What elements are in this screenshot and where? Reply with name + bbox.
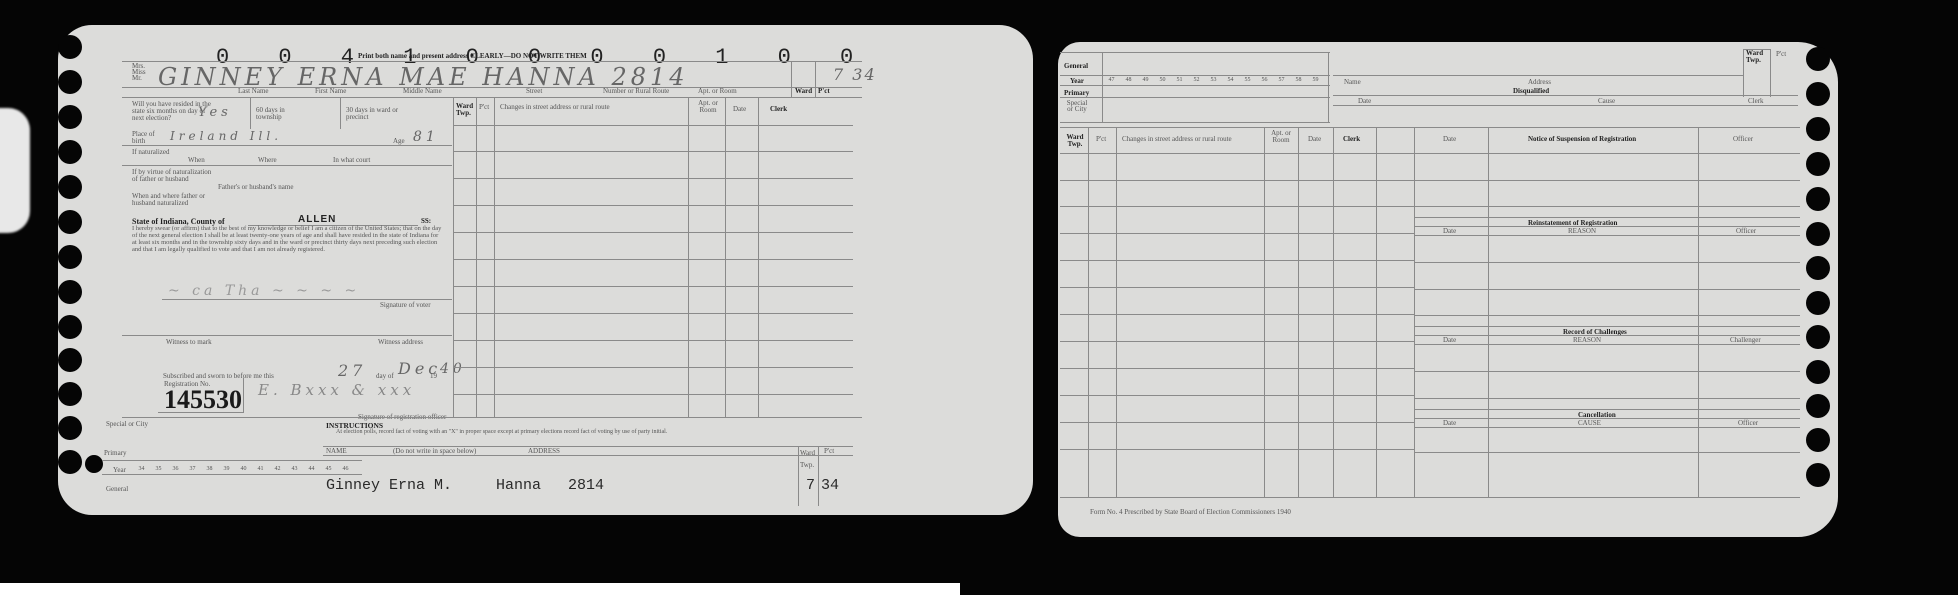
pct-label: P'ct: [818, 87, 830, 95]
disqualified-cause-label: Cause: [1598, 97, 1615, 105]
cancellation-cause-label: CAUSE: [1578, 419, 1601, 427]
registration-number: 145530: [164, 385, 242, 415]
registration-card-back: General Year Primary Special or City 47 …: [1058, 42, 1838, 537]
township-question: 60 days in township: [256, 107, 306, 121]
punch-hole: [58, 450, 82, 474]
challenges-reason-label: REASON: [1573, 336, 1601, 344]
typed-name: Ginney Erna M.: [326, 477, 452, 494]
reinstatement-officer-label: Officer: [1736, 227, 1756, 235]
suspension-date-label: Date: [1443, 135, 1456, 143]
year-label: 19: [430, 372, 437, 380]
back-name-label: Name: [1344, 78, 1361, 86]
punch-hole: [58, 140, 82, 164]
back-row-label-year: Year: [1070, 77, 1084, 85]
witness-label: Witness to mark: [166, 338, 212, 346]
footer-pct-label: P'ct: [824, 447, 834, 455]
naturalized-label: If naturalized: [132, 149, 172, 156]
middle-name-label: Middle Name: [403, 87, 442, 95]
punch-hole: [58, 70, 82, 94]
age-label: Age: [393, 137, 405, 145]
instructions-text: At election polls, record fact of voting…: [336, 429, 746, 436]
typed-pct: 34: [821, 477, 839, 494]
row-label-general: General: [106, 485, 128, 493]
disqualified-date-label: Date: [1358, 97, 1371, 105]
ss-label: SS:: [421, 217, 431, 225]
cancellation-date-label: Date: [1443, 419, 1456, 427]
naturalized-when: When: [188, 156, 205, 164]
typed-ward: 7: [806, 477, 815, 494]
changes-header-apt: Apt. or Room: [694, 100, 722, 114]
back-changes-header-clerk: Clerk: [1343, 135, 1360, 143]
punch-hole: [1806, 325, 1830, 349]
punch-hole: [1806, 117, 1830, 141]
birth-value: Ireland Ill.: [170, 129, 282, 143]
scan-edge-strip: [0, 583, 960, 595]
signature-voter-label: Signature of voter: [380, 301, 431, 309]
form-footer: Form No. 4 Prescribed by State Board of …: [1090, 508, 1291, 516]
punch-hole: [1806, 394, 1830, 418]
row-label-year: Year: [113, 466, 126, 474]
punch-hole: [1806, 256, 1830, 280]
punch-hole-small: [85, 455, 103, 473]
reinstatement-date-label: Date: [1443, 227, 1456, 235]
punch-hole: [1806, 82, 1830, 106]
punch-hole: [1806, 222, 1830, 246]
witness-address-label: Witness address: [378, 338, 423, 346]
last-name-label: Last Name: [238, 87, 269, 95]
subscribed-day: 27: [338, 361, 366, 380]
punch-hole: [1806, 47, 1830, 71]
back-row-label-special: Special or City: [1064, 100, 1090, 112]
apt-label: Apt. or Room: [698, 87, 737, 95]
county-name: ALLEN: [298, 214, 336, 225]
punch-hole: [1806, 463, 1830, 487]
typed-number: 2814: [568, 477, 604, 494]
footer-address-label: ADDRESS: [528, 447, 560, 455]
ward-label: Ward: [795, 87, 812, 95]
footer-ward-label: Ward Twp.: [800, 447, 816, 471]
changes-header-ward: Ward Twp.: [456, 103, 476, 117]
age-value: 81: [413, 129, 439, 145]
disqualified-clerk-label: Clerk: [1748, 97, 1764, 105]
changes-header-clerk: Clerk: [770, 105, 787, 113]
officer-signature: E. Bxxx & xxx: [258, 381, 415, 399]
punch-hole: [1806, 187, 1830, 211]
footer-do-not-write: (Do not write in space below): [393, 447, 476, 455]
handwritten-ward-pct: 7 34: [833, 65, 877, 84]
birth-label: Place of birth: [132, 131, 162, 145]
ward-question: 30 days in ward or precinct: [346, 107, 416, 121]
naturalized-where: Where: [258, 156, 277, 164]
registration-card-front: 0 0 4 1 0 0 0 0 1 0 0 Print both name an…: [58, 25, 1033, 515]
punch-hole: [1806, 428, 1830, 452]
naturalized-court: In what court: [333, 156, 370, 164]
day-of-label: day of: [376, 372, 394, 380]
punch-hole: [58, 210, 82, 234]
paper-scrap: [0, 108, 30, 233]
challenges-date-label: Date: [1443, 336, 1456, 344]
punch-hole: [58, 105, 82, 129]
back-address-label: Address: [1528, 78, 1551, 86]
voter-signature: ~ ca Tha ~ ~ ~ ~: [168, 283, 360, 299]
header-instruction: Print both name and present address CLEA…: [358, 52, 587, 60]
changes-header-address: Changes in street address or rural route: [500, 103, 610, 111]
title-labels: Mrs. Miss Mr.: [132, 63, 146, 81]
row-label-primary: Primary: [104, 449, 127, 457]
row-label-special: Special or City: [106, 421, 136, 427]
punch-hole: [58, 175, 82, 199]
challenges-challenger-label: Challenger: [1730, 336, 1761, 344]
state-residency-answer: Yes: [198, 105, 232, 120]
typed-street: Hanna: [496, 477, 541, 494]
punch-hole: [1806, 291, 1830, 315]
oath-text: I hereby swear (or affirm) that to the b…: [132, 225, 442, 253]
reinstatement-reason-label: REASON: [1568, 227, 1596, 235]
first-name-label: First Name: [315, 87, 346, 95]
number-label: Number or Rural Route: [603, 87, 669, 95]
punch-hole: [58, 348, 82, 372]
punch-hole: [1806, 152, 1830, 176]
disqualified-label: Disqualified: [1513, 87, 1549, 95]
back-pct-label: P'ct: [1776, 50, 1786, 58]
back-changes-header-date: Date: [1308, 135, 1321, 143]
footer-name-label: NAME: [326, 447, 347, 455]
changes-header-date: Date: [733, 105, 746, 113]
punch-hole: [58, 245, 82, 269]
back-changes-header-address: Changes in street address or rural route: [1122, 135, 1232, 143]
back-row-label-general: General: [1064, 62, 1088, 70]
back-changes-header-ward: Ward Twp.: [1064, 134, 1086, 148]
father-name-label: Father's or husband's name: [218, 183, 293, 191]
back-changes-header-apt: Apt. or Room: [1266, 130, 1296, 144]
punch-hole: [1806, 360, 1830, 384]
punch-hole: [58, 382, 82, 406]
punch-hole: [58, 280, 82, 304]
father-when-where-label: When and where father or husband natural…: [132, 193, 222, 207]
back-ward-label: Ward Twp.: [1746, 50, 1766, 64]
back-row-label-primary: Primary: [1064, 89, 1089, 97]
back-changes-header-pct: P'ct: [1096, 135, 1106, 143]
suspension-title: Notice of Suspension of Registration: [1528, 135, 1636, 143]
suspension-officer-label: Officer: [1733, 135, 1753, 143]
changes-header-pct: P'ct: [479, 103, 489, 111]
punch-hole: [58, 416, 82, 440]
punch-hole: [58, 315, 82, 339]
cancellation-officer-label: Officer: [1738, 419, 1758, 427]
father-virtue-label: If by virtue of naturalization of father…: [132, 169, 212, 183]
street-label: Street: [526, 87, 542, 95]
punch-hole: [58, 35, 82, 59]
